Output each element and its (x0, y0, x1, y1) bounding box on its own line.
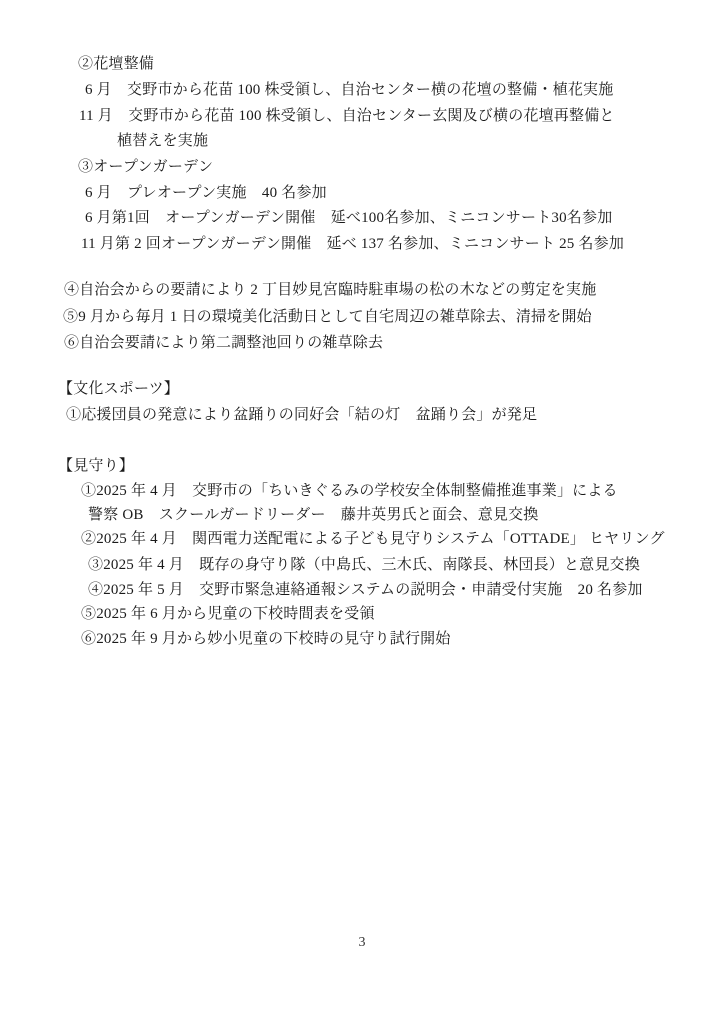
page-number: 3 (0, 935, 724, 951)
mimamori-timetable-line: ⑤2025 年 6 月から児童の下校時間表を受領 (81, 604, 375, 624)
item-open-garden-heading: ③オープンガーデン (78, 157, 213, 177)
section-mimamori-heading: 【見守り】 (58, 456, 134, 476)
open-garden-second-event-line: 11 月第 2 回オープンガーデン開催 延べ 137 名参加、ミニコンサート 2… (81, 234, 624, 254)
flowerbed-june-line: 6 月 交野市から花苗 100 株受領し、自治センター横の花壇の整備・植花実施 (85, 80, 613, 100)
item-pine-pruning-line: ④自治会からの要請により 2 丁目妙見宮臨時駐車場の松の木などの剪定を実施 (64, 280, 596, 300)
open-garden-pre-open-line: 6 月 プレオープン実施 40 名参加 (85, 183, 327, 203)
mimamori-school-safety-line2: 警察 OB スクールガードリーダー 藤井英男氏と面会、意見交換 (88, 505, 539, 525)
mimamori-trial-start-line: ⑥2025 年 9 月から妙小児童の下校時の見守り試行開始 (81, 629, 451, 649)
mimamori-school-safety-line1: ①2025 年 4 月 交野市の「ちいきぐるみの学校安全体制整備推進事業」による (81, 481, 618, 501)
section-culture-sports-heading: 【文化スポーツ】 (58, 379, 179, 399)
mimamori-existing-team-line: ③2025 年 4 月 既存の身守り隊（中島氏、三木氏、南隊長、林団長）と意見交… (88, 555, 640, 575)
open-garden-first-event-line: 6 月第1回 オープンガーデン開催 延べ100名参加、ミニコンサート30名参加 (85, 208, 612, 228)
mimamori-emergency-system-line: ④2025 年 5 月 交野市緊急連絡通報システムの説明会・申請受付実施 20 … (88, 580, 643, 600)
item-flowerbed-heading: ②花壇整備 (78, 54, 154, 74)
flowerbed-replant-line: 植替えを実施 (117, 131, 208, 151)
mimamori-ottade-hearing-line: ②2025 年 4 月 関西電力送配電による子ども見守りシステム「OTTADE」… (81, 529, 665, 549)
document-page: ②花壇整備 6 月 交野市から花苗 100 株受領し、自治センター横の花壇の整備… (0, 0, 724, 1024)
flowerbed-november-line: 11 月 交野市から花苗 100 株受領し、自治センター玄関及び横の花壇再整備と (79, 106, 615, 126)
item-pond-weeding-line: ⑥自治会要請により第二調整池回りの雑草除去 (64, 333, 383, 353)
item-bon-dance-line: ①応援団員の発意により盆踊りの同好会「結の灯 盆踊り会」が発足 (66, 405, 537, 425)
item-weeding-cleanup-line: ⑤9 月から毎月 1 日の環境美化活動日として自宅周辺の雑草除去、清掃を開始 (63, 307, 592, 327)
